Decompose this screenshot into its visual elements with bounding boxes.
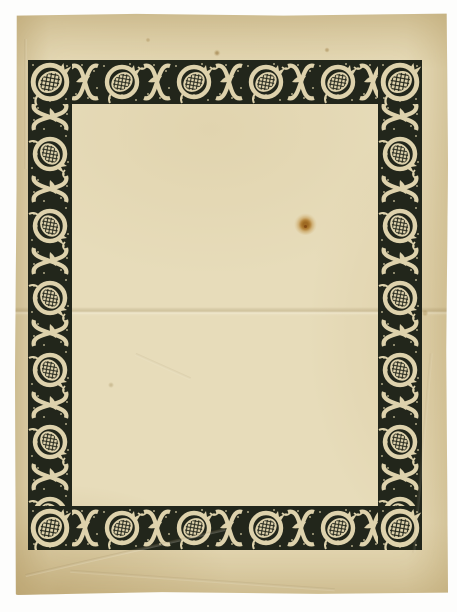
border-edge-sprigs (28, 60, 422, 550)
ornamental-border-frame (28, 60, 422, 550)
paper-crease (24, 39, 27, 169)
border-band-top (28, 60, 422, 104)
border-band-right (378, 104, 422, 506)
border-corner-medallions (28, 60, 422, 550)
paper-crease (70, 570, 335, 591)
border-band-bottom (28, 506, 422, 550)
border-band-left (28, 104, 72, 506)
ink-stain-spot (294, 212, 317, 235)
aged-paper-sheet (15, 13, 448, 595)
backdrop: { "scene": { "type": "photograph-scan", … (0, 0, 457, 612)
